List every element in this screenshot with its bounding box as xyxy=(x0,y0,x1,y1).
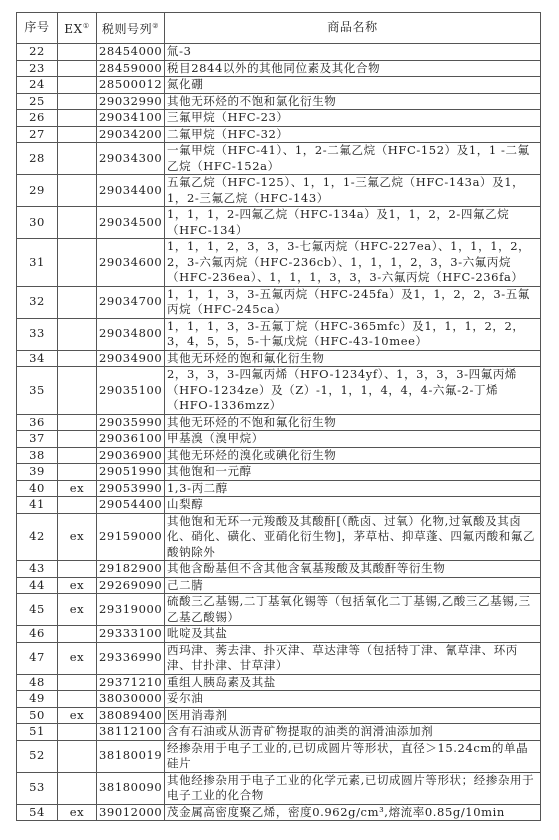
tariff-code: 29336990 xyxy=(97,642,165,674)
serial-number: 50 xyxy=(17,707,58,724)
ex-marker xyxy=(58,431,97,448)
serial-number: 54 xyxy=(17,804,58,821)
commodity-name: 其他饱和无环一元羧酸及其酸酐[（酰卤、过氧）化物,过氧酸及其卤化、硝化、磺化、亚… xyxy=(165,513,541,561)
table-row: 32290347001，1，1，3，3-五氟丙烷（HFC-245fa）及1，1，… xyxy=(17,286,541,318)
ex-marker xyxy=(58,126,97,143)
table-row: 4629333100吡啶及其盐 xyxy=(17,626,541,643)
tariff-code: 29034200 xyxy=(97,126,165,143)
ex-marker xyxy=(58,239,97,287)
commodity-name: 三氟甲烷（HFC-23） xyxy=(165,110,541,127)
ex-marker xyxy=(58,691,97,708)
commodity-name: 其他无环烃的溴化或碘化衍生物 xyxy=(165,447,541,464)
serial-number: 52 xyxy=(17,740,58,772)
serial-number: 42 xyxy=(17,513,58,561)
commodity-name: 2，3，3，3-四氟丙烯（HFO-1234yf）、1，3，3，3-四氟丙烯（HF… xyxy=(165,367,541,415)
ex-marker xyxy=(58,414,97,431)
table-row: 3729036100甲基溴（溴甲烷） xyxy=(17,431,541,448)
tariff-code: 39012000 xyxy=(97,804,165,821)
header-tariff-code: 税则号列② xyxy=(97,13,165,44)
table-row: 5238180019经掺杂用于电子工业的,已切成圆片等形状，直径＞15.24cm… xyxy=(17,740,541,772)
table-row: 30290345001，1，1，2-四氟乙烷（HFC-134a）及1，1，2，2… xyxy=(17,207,541,239)
serial-number: 33 xyxy=(17,318,58,350)
table-row: 2228454000氚-3 xyxy=(17,44,541,61)
ex-marker xyxy=(58,93,97,110)
serial-number: 30 xyxy=(17,207,58,239)
tariff-code: 29034400 xyxy=(97,175,165,207)
commodity-name: 1，1，1，3，3-五氟丁烷（HFC-365mfc）及1，1，1，2，2，3，4… xyxy=(165,318,541,350)
tariff-code: 28459000 xyxy=(97,60,165,77)
commodity-name: 一氟甲烷（HFC-41）、1，2-二氟乙烷（HFC-152）及1，1 -二氟乙烷… xyxy=(165,143,541,175)
table-row: 31290346001，1，1，2，3，3，3-七氟丙烷（HFC-227ea）、… xyxy=(17,239,541,287)
table-row: 3929051990其他饱和一元醇 xyxy=(17,464,541,481)
serial-number: 46 xyxy=(17,626,58,643)
commodity-name: 其他无环烃的不饱和氯化衍生物 xyxy=(165,93,541,110)
ex-marker xyxy=(58,740,97,772)
commodity-name: 茂金属高密度聚乙烯，密度0.962g/cm³,熔流率0.85g/10min xyxy=(165,804,541,821)
serial-number: 51 xyxy=(17,724,58,741)
serial-number: 39 xyxy=(17,464,58,481)
serial-number: 34 xyxy=(17,350,58,367)
serial-number: 37 xyxy=(17,431,58,448)
table-row: 47ex29336990西玛津、莠去津、扑灭津、草达津等（包括特丁津、氰草津、环… xyxy=(17,642,541,674)
serial-number: 35 xyxy=(17,367,58,415)
serial-number: 22 xyxy=(17,44,58,61)
ex-marker xyxy=(58,318,97,350)
commodity-name: 医用消毒剂 xyxy=(165,707,541,724)
commodity-name: 吡啶及其盐 xyxy=(165,626,541,643)
serial-number: 25 xyxy=(17,93,58,110)
ex-marker xyxy=(58,497,97,514)
serial-number: 31 xyxy=(17,239,58,287)
table-row: 3629035990其他无环烃的不饱和氟化衍生物 xyxy=(17,414,541,431)
ex-marker xyxy=(58,447,97,464)
ex-marker xyxy=(58,464,97,481)
tariff-code: 29053990 xyxy=(97,480,165,497)
serial-number: 41 xyxy=(17,497,58,514)
ex-marker xyxy=(58,674,97,691)
ex-marker xyxy=(58,626,97,643)
table-header-row: 序号 EX① 税则号列② 商品名称 xyxy=(17,13,541,44)
serial-number: 36 xyxy=(17,414,58,431)
ex-marker xyxy=(58,367,97,415)
serial-number: 44 xyxy=(17,577,58,594)
tariff-code: 29034700 xyxy=(97,286,165,318)
serial-number: 32 xyxy=(17,286,58,318)
commodity-name: 1,3-丙二醇 xyxy=(165,480,541,497)
tariff-code: 29034300 xyxy=(97,143,165,175)
commodity-name: 硫酸三乙基锡,二丁基氧化锡等（包括氧化二丁基锡,乙酸三乙基锡,三乙基乙酸锡） xyxy=(165,594,541,626)
commodity-name: 己二腈 xyxy=(165,577,541,594)
tariff-code: 28454000 xyxy=(97,44,165,61)
tariff-code: 38180090 xyxy=(97,772,165,804)
ex-marker xyxy=(58,60,97,77)
ex-marker: ex xyxy=(58,804,97,821)
tariff-code: 28500012 xyxy=(97,77,165,94)
tariff-code: 29269090 xyxy=(97,577,165,594)
ex-marker xyxy=(58,44,97,61)
ex-marker: ex xyxy=(58,513,97,561)
commodity-name: 氚-3 xyxy=(165,44,541,61)
commodity-name: 二氟甲烷（HFC-32） xyxy=(165,126,541,143)
tariff-code: 29034100 xyxy=(97,110,165,127)
table-row: 42ex29159000其他饱和无环一元羧酸及其酸酐[（酰卤、过氧）化物,过氧酸… xyxy=(17,513,541,561)
ex-marker xyxy=(58,175,97,207)
table-row: 50ex38089400医用消毒剂 xyxy=(17,707,541,724)
table-row: 5138112100含有石油或从沥青矿物提取的油类的润滑油添加剂 xyxy=(17,724,541,741)
tariff-code: 29034800 xyxy=(97,318,165,350)
table-row: 4329182900其他含酚基但不含其他含氧基羧酸及其酸酐等衍生物 xyxy=(17,561,541,578)
table-row: 2328459000税目2844以外的其他同位素及其化合物 xyxy=(17,60,541,77)
header-serial-number: 序号 xyxy=(17,13,58,44)
table-row: 3829036900其他无环烃的溴化或碘化衍生物 xyxy=(17,447,541,464)
tariff-code: 29371210 xyxy=(97,674,165,691)
tariff-code: 29054400 xyxy=(97,497,165,514)
tariff-code: 29051990 xyxy=(97,464,165,481)
serial-number: 26 xyxy=(17,110,58,127)
tariff-code: 29319000 xyxy=(97,594,165,626)
tariff-code: 29034900 xyxy=(97,350,165,367)
tariff-code: 29035100 xyxy=(97,367,165,415)
serial-number: 53 xyxy=(17,772,58,804)
commodity-table: 序号 EX① 税则号列② 商品名称 2228454000氚-3232845900… xyxy=(16,12,541,821)
table-row: 54ex39012000茂金属高密度聚乙烯，密度0.962g/cm³,熔流率0.… xyxy=(17,804,541,821)
commodity-name: 其他饱和一元醇 xyxy=(165,464,541,481)
tariff-code: 29036100 xyxy=(97,431,165,448)
table-row: 5338180090其他经掺杂用于电子工业的化学元素,已切成圆片等形状；经掺杂用… xyxy=(17,772,541,804)
serial-number: 28 xyxy=(17,143,58,175)
tariff-code: 29159000 xyxy=(97,513,165,561)
ex-marker: ex xyxy=(58,642,97,674)
tariff-code: 29333100 xyxy=(97,626,165,643)
ex-marker xyxy=(58,77,97,94)
tariff-code: 29036900 xyxy=(97,447,165,464)
tariff-code: 38180019 xyxy=(97,740,165,772)
commodity-name: 1，1，1，2-四氟乙烷（HFC-134a）及1，1，2，2-四氟乙烷（HFC-… xyxy=(165,207,541,239)
ex-marker xyxy=(58,207,97,239)
commodity-name: 其他含酚基但不含其他含氧基羧酸及其酸酐等衍生物 xyxy=(165,561,541,578)
tariff-code: 38089400 xyxy=(97,707,165,724)
commodity-name: 妥尔油 xyxy=(165,691,541,708)
commodity-name: 其他无环烃的不饱和氟化衍生物 xyxy=(165,414,541,431)
commodity-name: 山梨醇 xyxy=(165,497,541,514)
ex-marker xyxy=(58,143,97,175)
commodity-name: 重组人胰岛素及其盐 xyxy=(165,674,541,691)
ex-marker xyxy=(58,350,97,367)
ex-marker: ex xyxy=(58,707,97,724)
tariff-code: 29034500 xyxy=(97,207,165,239)
table-row: 35290351002，3，3，3-四氟丙烯（HFO-1234yf）、1，3，3… xyxy=(17,367,541,415)
ex-marker xyxy=(58,772,97,804)
tariff-code: 29032990 xyxy=(97,93,165,110)
serial-number: 27 xyxy=(17,126,58,143)
commodity-name: 税目2844以外的其他同位素及其化合物 xyxy=(165,60,541,77)
header-commodity-name: 商品名称 xyxy=(165,13,541,44)
commodity-name: 氮化硼 xyxy=(165,77,541,94)
serial-number: 24 xyxy=(17,77,58,94)
serial-number: 48 xyxy=(17,674,58,691)
serial-number: 40 xyxy=(17,480,58,497)
serial-number: 23 xyxy=(17,60,58,77)
table-row: 4129054400山梨醇 xyxy=(17,497,541,514)
commodity-name: 西玛津、莠去津、扑灭津、草达津等（包括特丁津、氰草津、环丙津、甘扑津、甘草津） xyxy=(165,642,541,674)
table-row: 45ex29319000硫酸三乙基锡,二丁基氧化锡等（包括氧化二丁基锡,乙酸三乙… xyxy=(17,594,541,626)
commodity-name: 含有石油或从沥青矿物提取的油类的润滑油添加剂 xyxy=(165,724,541,741)
ex-marker: ex xyxy=(58,577,97,594)
ex-marker: ex xyxy=(58,594,97,626)
commodity-name: 1，1，1，3，3-五氟丙烷（HFC-245fa）及1，1，2，2，3-五氟丙烷… xyxy=(165,286,541,318)
serial-number: 47 xyxy=(17,642,58,674)
serial-number: 49 xyxy=(17,691,58,708)
table-row: 2428500012氮化硼 xyxy=(17,77,541,94)
commodity-name: 其他经掺杂用于电子工业的化学元素,已切成圆片等形状；经掺杂用于电子工业的化合物 xyxy=(165,772,541,804)
ex-marker xyxy=(58,110,97,127)
ex-marker xyxy=(58,561,97,578)
serial-number: 45 xyxy=(17,594,58,626)
serial-number: 29 xyxy=(17,175,58,207)
table-row: 3429034900其他无环烃的饱和氟化衍生物 xyxy=(17,350,541,367)
table-row: 4938030000妥尔油 xyxy=(17,691,541,708)
table-row: 2629034100三氟甲烷（HFC-23） xyxy=(17,110,541,127)
serial-number: 43 xyxy=(17,561,58,578)
tariff-code: 38030000 xyxy=(97,691,165,708)
commodity-name: 经掺杂用于电子工业的,已切成圆片等形状，直径＞15.24cm的单晶硅片 xyxy=(165,740,541,772)
commodity-name: 其他无环烃的饱和氟化衍生物 xyxy=(165,350,541,367)
ex-marker xyxy=(58,286,97,318)
commodity-name: 甲基溴（溴甲烷） xyxy=(165,431,541,448)
table-row: 40ex290539901,3-丙二醇 xyxy=(17,480,541,497)
tariff-code: 38112100 xyxy=(97,724,165,741)
tariff-code: 29035990 xyxy=(97,414,165,431)
ex-marker: ex xyxy=(58,480,97,497)
table-row: 2829034300一氟甲烷（HFC-41）、1，2-二氟乙烷（HFC-152）… xyxy=(17,143,541,175)
tariff-code: 29034600 xyxy=(97,239,165,287)
table-row: 33290348001，1，1，3，3-五氟丁烷（HFC-365mfc）及1，1… xyxy=(17,318,541,350)
table-row: 44ex29269090己二腈 xyxy=(17,577,541,594)
table-row: 4829371210重组人胰岛素及其盐 xyxy=(17,674,541,691)
ex-marker xyxy=(58,724,97,741)
commodity-name: 1，1，1，2，3，3，3-七氟丙烷（HFC-227ea）、1，1，1，2，2，… xyxy=(165,239,541,287)
table-row: 2529032990其他无环烃的不饱和氯化衍生物 xyxy=(17,93,541,110)
commodity-name: 五氟乙烷（HFC-125）、1，1，1-三氟乙烷（HFC-143a）及1，1，2… xyxy=(165,175,541,207)
header-ex: EX① xyxy=(58,13,97,44)
serial-number: 38 xyxy=(17,447,58,464)
table-row: 2929034400五氟乙烷（HFC-125）、1，1，1-三氟乙烷（HFC-1… xyxy=(17,175,541,207)
tariff-code: 29182900 xyxy=(97,561,165,578)
table-row: 2729034200二氟甲烷（HFC-32） xyxy=(17,126,541,143)
